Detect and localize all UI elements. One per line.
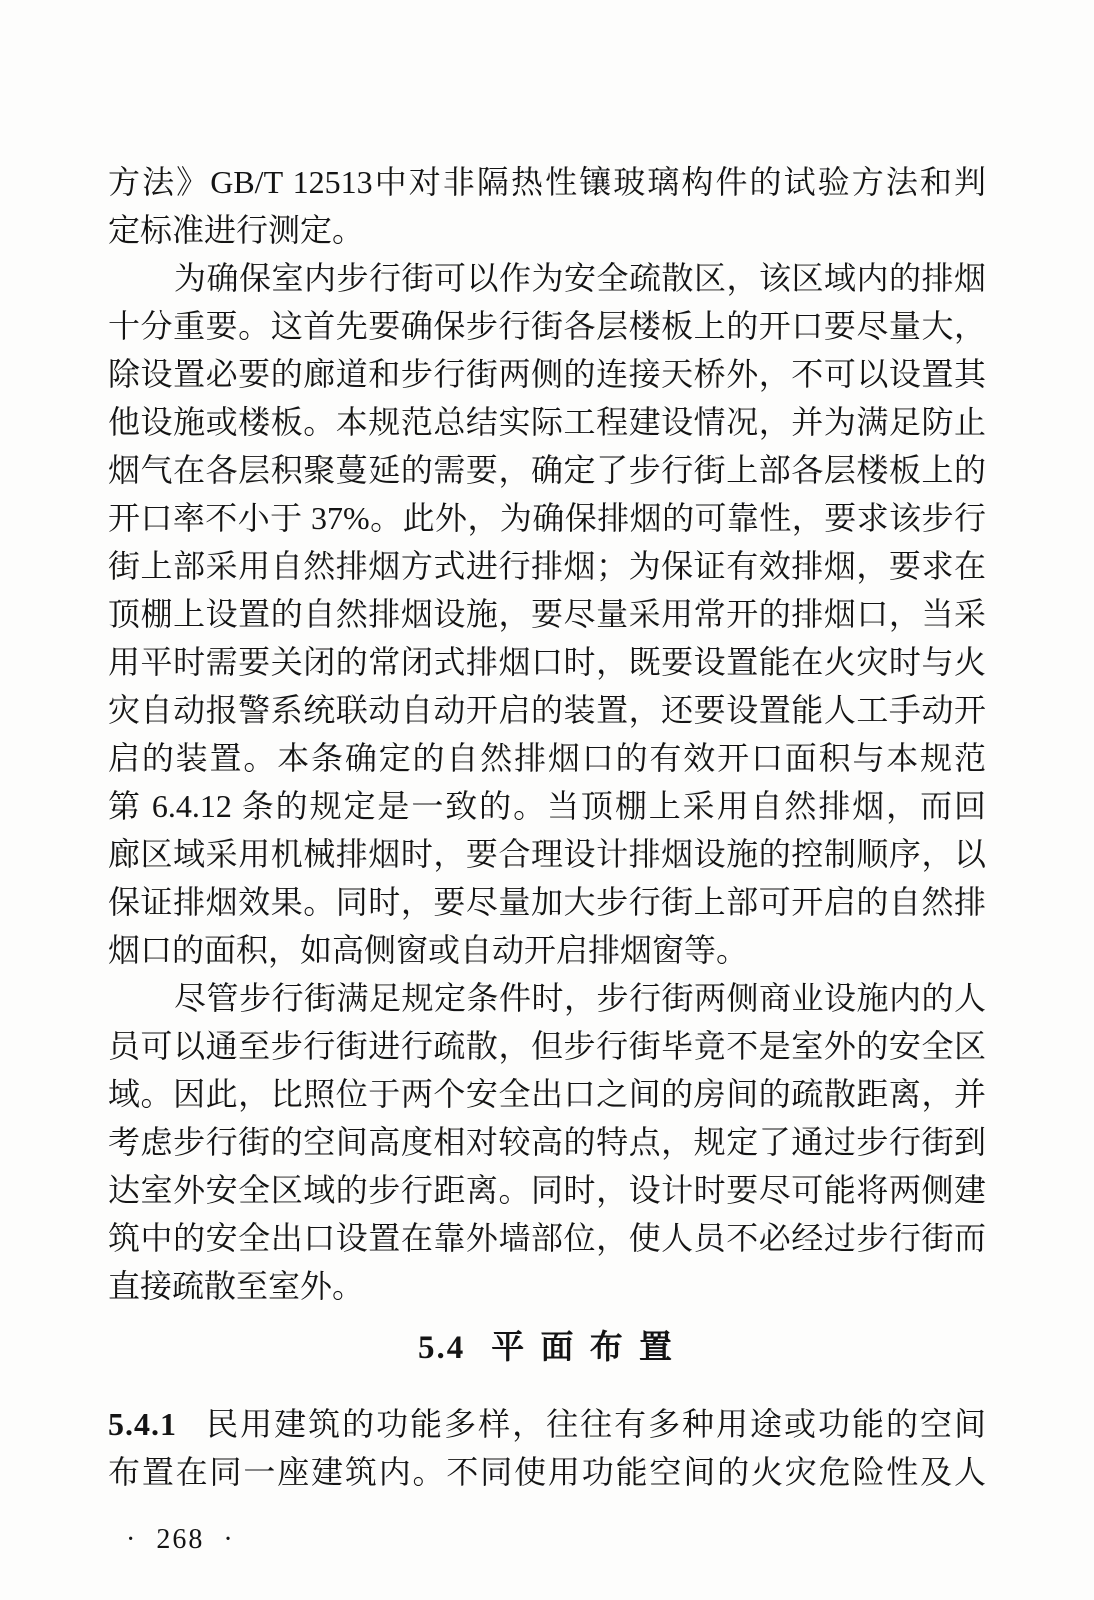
text-line: 开口率不小于 37%。此外，为确保排烟的可靠性，要求该步行 <box>108 494 986 542</box>
clause-number: 5.4.1 <box>108 1406 177 1442</box>
text-line: 考虑步行街的空间高度相对较高的特点，规定了通过步行街到 <box>108 1118 986 1166</box>
clause-paragraph: 5.4.1民用建筑的功能多样，往往有多种用途或功能的空间布置在同一座建筑内。不同… <box>108 1400 986 1496</box>
text-line: 顶棚上设置的自然排烟设施，要尽量采用常开的排烟口，当采 <box>108 590 986 638</box>
text-line: 方法》GB/T 12513中对非隔热性镶玻璃构件的试验方法和判 <box>108 158 986 206</box>
text-line: 除设置必要的廊道和步行街两侧的连接天桥外，不可以设置其 <box>108 350 986 398</box>
page-text: 方法》GB/T 12513中对非隔热性镶玻璃构件的试验方法和判定标准进行测定。为… <box>108 158 986 1496</box>
text-line: 保证排烟效果。同时，要尽量加大步行街上部可开启的自然排 <box>108 878 986 926</box>
text-line: 烟口的面积，如高侧窗或自动开启排烟窗等。 <box>108 926 986 974</box>
clause-text: 民用建筑的功能多样，往往有多种用途或功能的空间 <box>204 1406 986 1442</box>
body-paragraphs: 方法》GB/T 12513中对非隔热性镶玻璃构件的试验方法和判定标准进行测定。为… <box>108 158 986 1310</box>
text-line: 为确保室内步行街可以作为安全疏散区，该区域内的排烟 <box>108 254 986 302</box>
text-line: 达室外安全区域的步行距离。同时，设计时要尽可能将两侧建 <box>108 1166 986 1214</box>
page-number: · 268 · <box>126 1524 235 1556</box>
text-line: 尽管步行街满足规定条件时，步行街两侧商业设施内的人 <box>108 974 986 1022</box>
text-line: 定标准进行测定。 <box>108 206 986 254</box>
text-line: 筑中的安全出口设置在靠外墙部位，使人员不必经过步行街而 <box>108 1214 986 1262</box>
text-line: 灾自动报警系统联动自动开启的装置，还要设置能人工手动开 <box>108 686 986 734</box>
text-line: 廊区域采用机械排烟时，要合理设计排烟设施的控制顺序，以 <box>108 830 986 878</box>
section-number: 5.4 <box>418 1330 465 1366</box>
book-page: 方法》GB/T 12513中对非隔热性镶玻璃构件的试验方法和判定标准进行测定。为… <box>0 0 1094 1600</box>
text-line: 烟气在各层积聚蔓延的需要，确定了步行街上部各层楼板上的 <box>108 446 986 494</box>
section-heading: 5.4平 面 布 置 <box>108 1324 986 1372</box>
text-line: 十分重要。这首先要确保步行街各层楼板上的开口要尽量大， <box>108 302 986 350</box>
section-title: 平 面 布 置 <box>491 1330 676 1366</box>
text-line: 第 6.4.12 条的规定是一致的。当顶棚上采用自然排烟，而回 <box>108 782 986 830</box>
text-line: 启的装置。本条确定的自然排烟口的有效开口面积与本规范 <box>108 734 986 782</box>
text-line: 街上部采用自然排烟方式进行排烟；为保证有效排烟，要求在 <box>108 542 986 590</box>
text-line: 直接疏散至室外。 <box>108 1262 986 1310</box>
text-line: 域。因此，比照位于两个安全出口之间的房间的疏散距离，并 <box>108 1070 986 1118</box>
text-line: 5.4.1民用建筑的功能多样，往往有多种用途或功能的空间 <box>108 1400 986 1448</box>
text-line: 他设施或楼板。本规范总结实际工程建设情况，并为满足防止 <box>108 398 986 446</box>
text-line: 布置在同一座建筑内。不同使用功能空间的火灾危险性及人 <box>108 1448 986 1496</box>
text-line: 员可以通至步行街进行疏散，但步行街毕竟不是室外的安全区 <box>108 1022 986 1070</box>
text-line: 用平时需要关闭的常闭式排烟口时，既要设置能在火灾时与火 <box>108 638 986 686</box>
